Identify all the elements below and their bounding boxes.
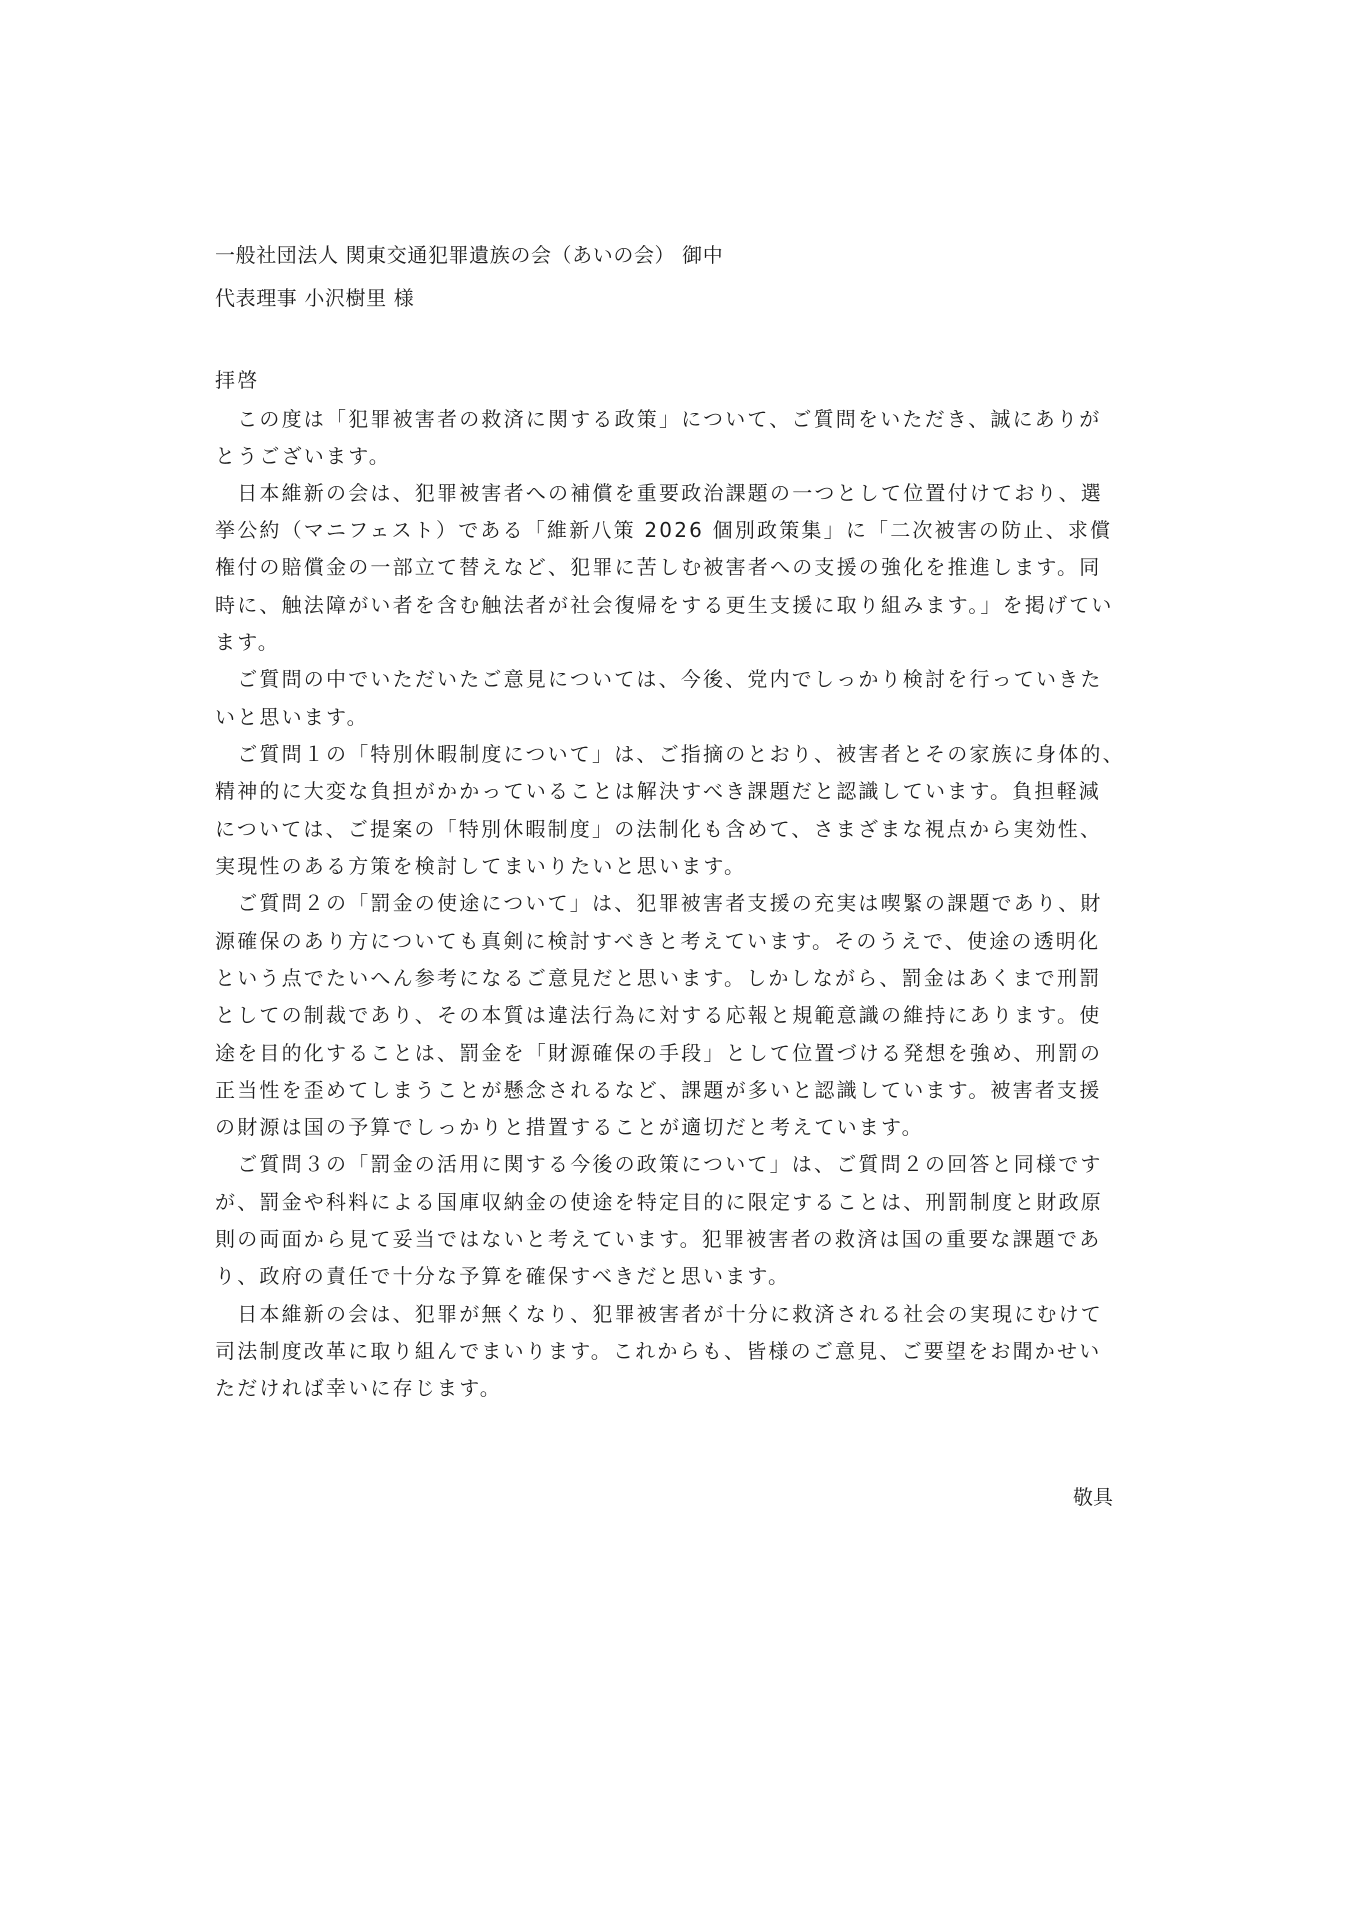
salutation: 拝啓: [215, 368, 259, 392]
body-line: いと思います。: [215, 705, 369, 729]
body-line: 日本維新の会は、犯罪が無くなり、犯罪被害者が十分に救済される社会の実現にむけて: [215, 1302, 1103, 1326]
letter-page: 一般社団法人 関東交通犯罪遺族の会（あいの会） 御中 代表理事 小沢樹里 様 拝…: [0, 0, 1357, 1920]
body-line: ご質問の中でいただいたご意見については、今後、党内でしっかり検討を行っていきた: [215, 667, 1103, 691]
addressee-organization: 一般社団法人 関東交通犯罪遺族の会（あいの会） 御中: [215, 243, 723, 267]
body-line: 途を目的化することは、罰金を「財源確保の手段」として位置づける発想を強め、刑罰の: [215, 1041, 1102, 1065]
body-line: ただければ幸いに存じます。: [215, 1376, 502, 1400]
addressee-representative: 代表理事 小沢樹里 様: [215, 286, 414, 310]
body-line: ご質問２の「罰金の使途について」は、犯罪被害者支援の充実は喫緊の課題であり、財: [215, 891, 1103, 915]
body-line: 則の両面から見て妥当ではないと考えています。犯罪被害者の救済は国の重要な課題であ: [215, 1227, 1101, 1251]
body-line: とうございます。: [215, 444, 391, 468]
body-line: 源確保のあり方についても真剣に検討すべきと考えています。そのうえで、使途の透明化: [215, 929, 1100, 953]
body-line: ご質問３の「罰金の活用に関する今後の政策について」は、ご質問２の回答と同様です: [215, 1152, 1103, 1176]
body-line: 権付の賠償金の一部立て替えなど、犯罪に苦しむ被害者への支援の強化を推進します。同: [215, 555, 1101, 579]
body-line: この度は「犯罪被害者の救済に関する政策」について、ご質問をいただき、誠にありが: [215, 407, 1101, 431]
body-line: については、ご提案の「特別休暇制度」の法制化も含めて、さまざまな視点から実効性、: [215, 817, 1102, 841]
body-line: ます。: [215, 630, 280, 654]
body-line: り、政府の責任で十分な予算を確保すべきだと思います。: [215, 1264, 790, 1288]
body-line: 司法制度改革に取り組んでまいります。これからも、皆様のご意見、ご要望をお聞かせい: [215, 1339, 1101, 1363]
closing-keigu: 敬具: [1073, 1485, 1113, 1509]
body-line: 正当性を歪めてしまうことが懸念されるなど、課題が多いと認識しています。被害者支援: [215, 1078, 1101, 1102]
body-line: の財源は国の予算でしっかりと措置することが適切だと考えています。: [215, 1115, 924, 1139]
body-line: ご質問１の「特別休暇制度について」は、ご指摘のとおり、被害者とその家族に身体的、: [215, 742, 1125, 766]
body-line: 日本維新の会は、犯罪被害者への補償を重要政治課題の一つとして位置付けており、選: [215, 481, 1103, 505]
body-line: が、罰金や科料による国庫収納金の使途を特定目的に限定することは、刑罰制度と財政原: [215, 1190, 1103, 1214]
body-line: 時に、触法障がい者を含む触法者が社会復帰をする更生支援に取り組みます。」を掲げて…: [215, 593, 1114, 617]
body-line: という点でたいへん参考になるご意見だと思います。しかしながら、罰金はあくまで刑罰: [215, 966, 1101, 990]
body-line: 挙公約（マニフェスト）である「維新八策 2026 個別政策集」に「二次被害の防止…: [215, 518, 1112, 542]
body-line: 実現性のある方策を検討してまいりたいと思います。: [215, 854, 746, 878]
body-line: としての制裁であり、その本質は違法行為に対する応報と規範意識の維持にあります。使: [215, 1003, 1101, 1027]
body-line: 精神的に大変な負担がかかっていることは解決すべき課題だと認識しています。負担軽減: [215, 779, 1101, 803]
